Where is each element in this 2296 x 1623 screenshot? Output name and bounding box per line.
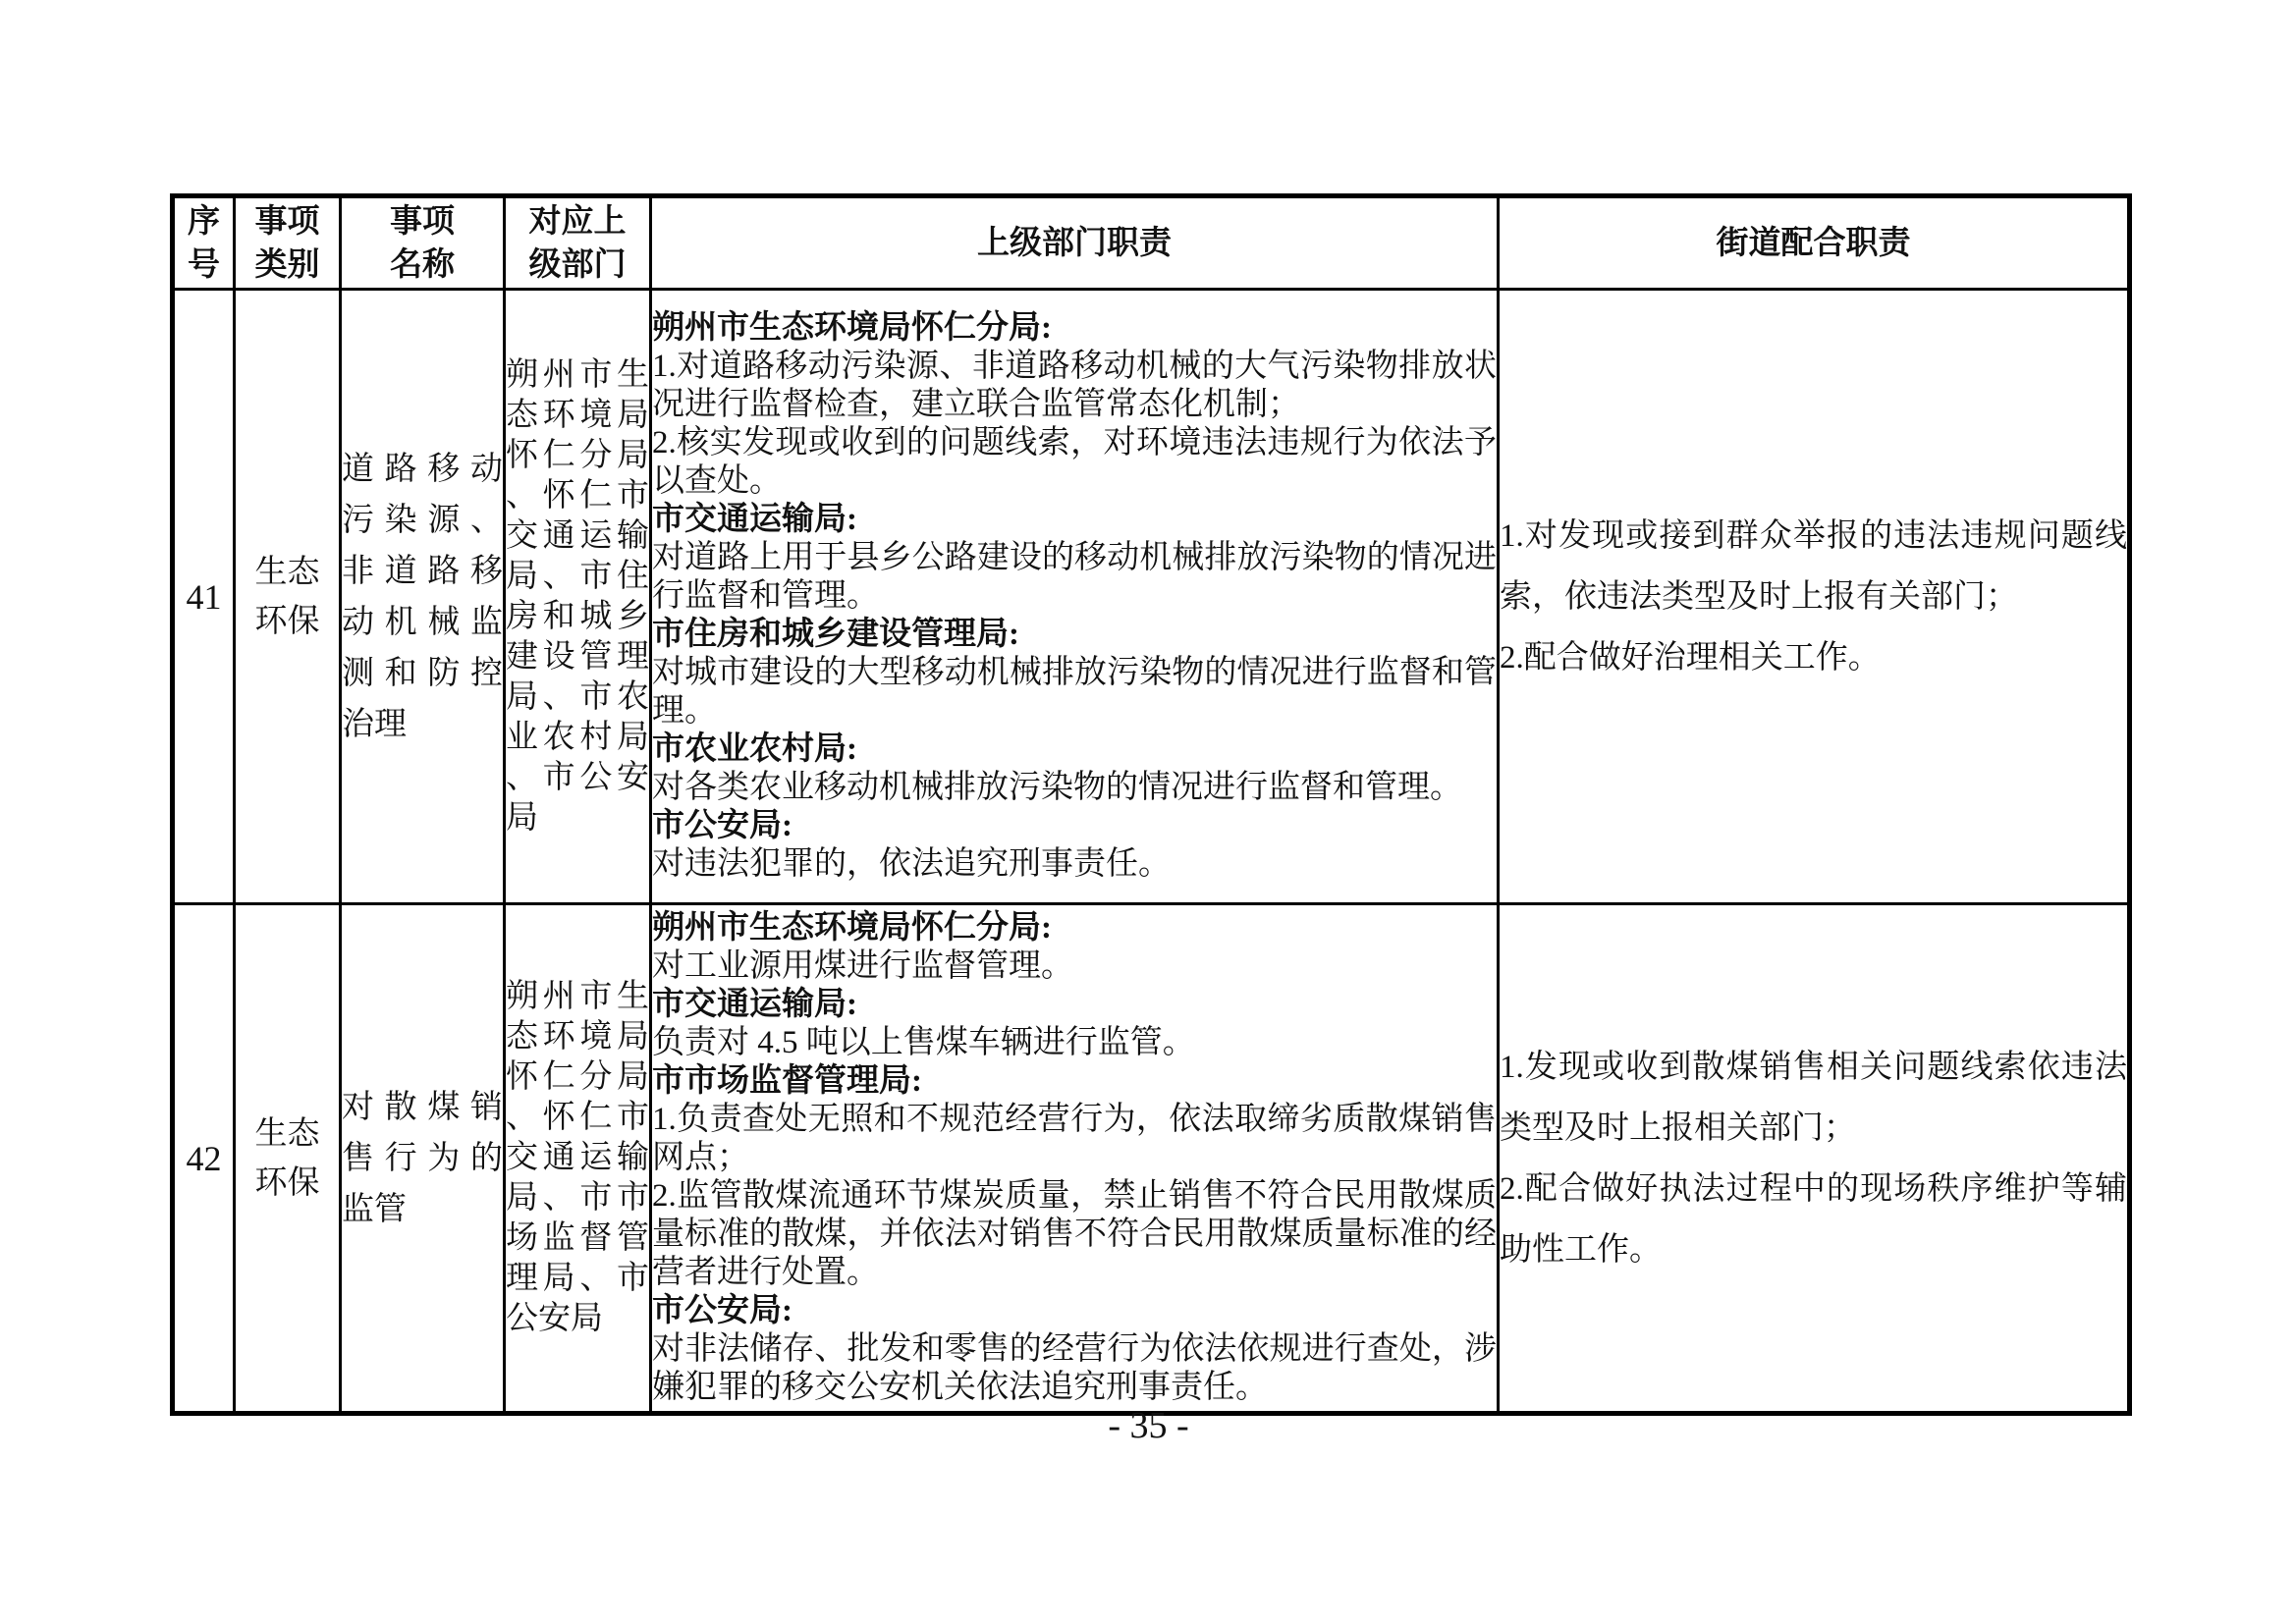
duty-block: 市交通运输局: 对道路上用于县乡公路建设的移动机械排放污染物的情况进行监督和管理…: [652, 501, 1497, 616]
duty-department-title: 市交通运输局:: [652, 986, 1497, 1024]
duty-block: 市住房和城乡建设管理局: 对城市建设的大型移动机械排放污染物的情况进行监督和管理…: [652, 616, 1497, 730]
header-seq-no: 序 号: [173, 196, 235, 290]
duty-department-title: 市公安局:: [652, 1292, 1497, 1330]
item-name-cell: 对散煤销售行为的监管: [341, 904, 505, 1414]
page-number: - 35 -: [170, 1404, 2127, 1447]
seq-no-cell: 42: [173, 904, 235, 1414]
table-row-42: 42 生态 环保 对散煤销售行为的监管 朔州市生态环境局怀仁分局、怀仁市交通运输…: [173, 904, 2130, 1414]
duty-body-text: 1.负责查处无照和不规范经营行为，依法取缔劣质散煤销售网点； 2.监管散煤流通环…: [652, 1101, 1497, 1292]
duty-department-title: 市农业农村局:: [652, 730, 1497, 769]
superior-duties-cell: 朔州市生态环境局怀仁分局: 对工业源用煤进行监督管理。 市交通运输局: 负责对 …: [651, 904, 1499, 1414]
duty-body-text: 对非法储存、批发和零售的经营行为依法依规进行查处，涉嫌犯罪的移交公安机关依法追究…: [652, 1330, 1497, 1407]
duty-block: 市交通运输局: 负责对 4.5 吨以上售煤车辆进行监管。: [652, 986, 1497, 1062]
superior-duties-cell: 朔州市生态环境局怀仁分局: 1.对道路移动污染源、非道路移动机械的大气污染物排放…: [651, 290, 1499, 904]
street-duties-cell: 1.对发现或接到群众举报的违法违规问题线索，依违法类型及时上报有关部门； 2.配…: [1499, 290, 2130, 904]
duty-body-text: 对道路上用于县乡公路建设的移动机械排放污染物的情况进行监督和管理。: [652, 539, 1497, 616]
header-item-category: 事项 类别: [235, 196, 341, 290]
item-category-cell: 生态 环保: [235, 904, 341, 1414]
duty-block: 市市场监督管理局: 1.负责查处无照和不规范经营行为，依法取缔劣质散煤销售网点；…: [652, 1062, 1497, 1292]
duty-block: 市公安局: 对非法储存、批发和零售的经营行为依法依规进行查处，涉嫌犯罪的移交公安…: [652, 1292, 1497, 1407]
superior-department-cell: 朔州市生态环境局怀仁分局、怀仁市交通运输局、市住房和城乡建设管理局、市农业农村局…: [505, 290, 651, 904]
responsibility-table: 序 号 事项 类别 事项 名称 对应上 级部门 上级部门职责 街道配合职责 41…: [170, 193, 2132, 1416]
superior-department-cell: 朔州市生态环境局怀仁分局、怀仁市交通运输局、市市场监督管理局、市公安局: [505, 904, 651, 1414]
document-page: 序 号 事项 类别 事项 名称 对应上 级部门 上级部门职责 街道配合职责 41…: [0, 0, 2296, 1623]
header-street-duties: 街道配合职责: [1499, 196, 2130, 290]
duty-block: 朔州市生态环境局怀仁分局: 对工业源用煤进行监督管理。: [652, 909, 1497, 986]
header-superior-department: 对应上 级部门: [505, 196, 651, 290]
item-name-cell: 道路移动污染源、非道路移动机械监测和防控治理: [341, 290, 505, 904]
duty-body-text: 对各类农业移动机械排放污染物的情况进行监督和管理。: [652, 769, 1497, 807]
duty-block: 市公安局: 对违法犯罪的，依法追究刑事责任。: [652, 807, 1497, 884]
duty-department-title: 朔州市生态环境局怀仁分局:: [652, 309, 1497, 348]
duty-department-title: 市交通运输局:: [652, 501, 1497, 539]
seq-no-cell: 41: [173, 290, 235, 904]
item-category-cell: 生态 环保: [235, 290, 341, 904]
street-duties-cell: 1.发现或收到散煤销售相关问题线索依违法类型及时上报相关部门； 2.配合做好执法…: [1499, 904, 2130, 1414]
table-row-41: 41 生态 环保 道路移动污染源、非道路移动机械监测和防控治理 朔州市生态环境局…: [173, 290, 2130, 904]
duty-body-text: 1.对道路移动污染源、非道路移动机械的大气污染物排放状况进行监督检查，建立联合监…: [652, 348, 1497, 501]
header-superior-duties: 上级部门职责: [651, 196, 1499, 290]
duty-department-title: 市公安局:: [652, 807, 1497, 845]
duty-body-text: 对工业源用煤进行监督管理。: [652, 947, 1497, 986]
duty-department-title: 市市场监督管理局:: [652, 1062, 1497, 1101]
table-header-row: 序 号 事项 类别 事项 名称 对应上 级部门 上级部门职责 街道配合职责: [173, 196, 2130, 290]
duty-block: 市农业农村局: 对各类农业移动机械排放污染物的情况进行监督和管理。: [652, 730, 1497, 807]
duty-body-text: 对违法犯罪的，依法追究刑事责任。: [652, 845, 1497, 884]
duty-body-text: 负责对 4.5 吨以上售煤车辆进行监管。: [652, 1024, 1497, 1062]
duty-department-title: 朔州市生态环境局怀仁分局:: [652, 909, 1497, 947]
duty-block: 朔州市生态环境局怀仁分局: 1.对道路移动污染源、非道路移动机械的大气污染物排放…: [652, 309, 1497, 501]
duty-department-title: 市住房和城乡建设管理局:: [652, 616, 1497, 654]
duty-body-text: 对城市建设的大型移动机械排放污染物的情况进行监督和管理。: [652, 654, 1497, 730]
header-item-name: 事项 名称: [341, 196, 505, 290]
